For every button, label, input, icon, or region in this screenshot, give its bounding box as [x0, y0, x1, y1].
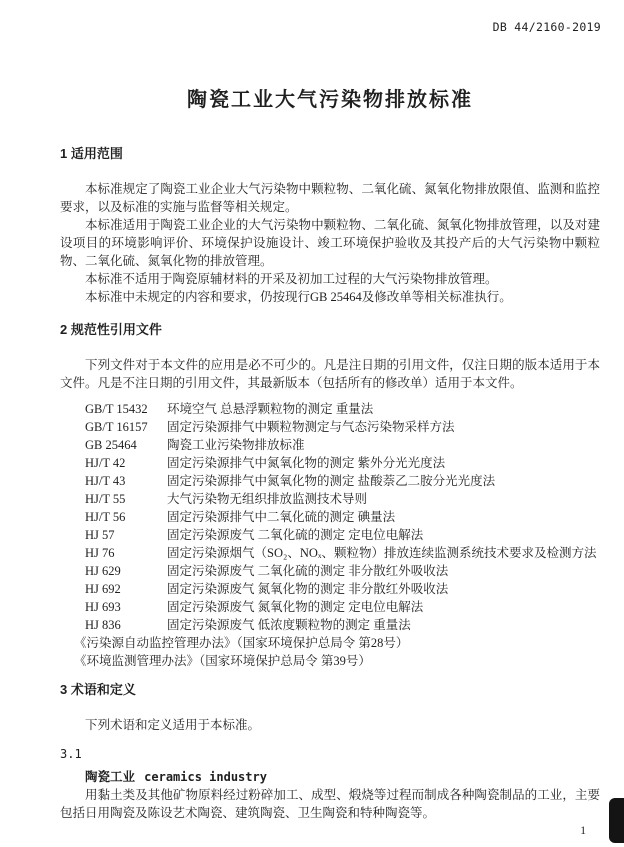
reference-row: GB/T 16157 固定污染源排气中颗粒物测定与气态污染物采样方法 [60, 418, 600, 436]
reference-row: HJ 76 固定污染源烟气（SO₂、NOₓ、颗粒物）排放连续监测系统技术要求及检… [60, 544, 600, 562]
document-page: DB 44/2160-2019 陶瓷工业大气污染物排放标准 1 适用范围 本标准… [0, 0, 624, 847]
reference-code: HJ 693 [85, 598, 167, 616]
reference-title: 固定污染源排气中氮氧化物的测定 盐酸萘乙二胺分光光度法 [167, 472, 600, 490]
term-english: ceramics industry [144, 770, 267, 784]
reference-row: HJ 57 固定污染源废气 二氧化硫的测定 定电位电解法 [60, 526, 600, 544]
reference-code: HJ/T 42 [85, 454, 167, 472]
reference-title: 大气污染物无组织排放监测技术导则 [167, 490, 600, 508]
reference-title: 固定污染源烟气（SO₂、NOₓ、颗粒物）排放连续监测系统技术要求及检测方法 [167, 544, 600, 562]
section-3-intro: 下列术语和定义适用于本标准。 [60, 716, 600, 734]
reference-row: GB 25464 陶瓷工业污染物排放标准 [60, 436, 600, 454]
reference-title: 环境空气 总悬浮颗粒物的测定 重量法 [167, 400, 600, 418]
paragraph: 本标准适用于陶瓷工业企业的大气污染物中颗粒物、二氧化硫、氮氧化物排放管理，以及对… [60, 216, 600, 270]
reference-row: HJ/T 43 固定污染源排气中氮氧化物的测定 盐酸萘乙二胺分光光度法 [60, 472, 600, 490]
page-number: 1 [580, 824, 586, 838]
reference-code: GB/T 15432 [85, 400, 167, 418]
reference-code: HJ 57 [85, 526, 167, 544]
standard-code: DB 44/2160-2019 [493, 20, 601, 34]
reference-code: GB 25464 [85, 436, 167, 454]
page-content: 陶瓷工业大气污染物排放标准 1 适用范围 本标准规定了陶瓷工业企业大气污染物中颗… [0, 0, 624, 822]
term-chinese: 陶瓷工业 [85, 770, 135, 784]
paragraph: 本标准中未规定的内容和要求，仍按现行GB 25464及修改单等相关标准执行。 [60, 288, 600, 306]
document-title: 陶瓷工业大气污染物排放标准 [60, 0, 600, 112]
reference-row: HJ 629 固定污染源废气 二氧化硫的测定 非分散红外吸收法 [60, 562, 600, 580]
section-1-body: 本标准规定了陶瓷工业企业大气污染物中颗粒物、二氧化硫、氮氧化物排放限值、监测和监… [60, 180, 600, 306]
section-2-intro: 下列文件对于本文件的应用是必不可少的。凡是注日期的引用文件，仅注日期的版本适用于… [60, 356, 600, 392]
section-2-heading: 2 规范性引用文件 [60, 322, 600, 338]
reference-title: 固定污染源排气中颗粒物测定与气态污染物采样方法 [167, 418, 600, 436]
reference-row: HJ 692 固定污染源废气 氮氧化物的测定 非分散红外吸收法 [60, 580, 600, 598]
paragraph: 下列术语和定义适用于本标准。 [60, 716, 600, 734]
reference-row: HJ/T 42 固定污染源排气中氮氧化物的测定 紫外分光光度法 [60, 454, 600, 472]
reference-code: HJ/T 56 [85, 508, 167, 526]
paragraph: 下列文件对于本文件的应用是必不可少的。凡是注日期的引用文件，仅注日期的版本适用于… [60, 356, 600, 392]
reference-code: GB/T 16157 [85, 418, 167, 436]
references-list: GB/T 15432 环境空气 总悬浮颗粒物的测定 重量法 GB/T 16157… [60, 400, 600, 670]
reference-title: 固定污染源排气中二氧化硫的测定 碘量法 [167, 508, 600, 526]
reference-code: HJ 836 [85, 616, 167, 634]
reference-title: 固定污染源废气 氮氧化物的测定 定电位电解法 [167, 598, 600, 616]
reference-title: 固定污染源排气中氮氧化物的测定 紫外分光光度法 [167, 454, 600, 472]
reference-code: HJ/T 43 [85, 472, 167, 490]
clause-number: 3.1 [60, 746, 600, 762]
term-line: 陶瓷工业 ceramics industry [60, 768, 600, 786]
reference-row: HJ 836 固定污染源废气 低浓度颗粒物的测定 重量法 [60, 616, 600, 634]
reference-title: 固定污染源废气 二氧化硫的测定 定电位电解法 [167, 526, 600, 544]
reference-title: 固定污染源废气 氮氧化物的测定 非分散红外吸收法 [167, 580, 600, 598]
reference-row: HJ 693 固定污染源废气 氮氧化物的测定 定电位电解法 [60, 598, 600, 616]
reference-code: HJ 76 [85, 544, 167, 562]
reference-code: HJ 692 [85, 580, 167, 598]
reference-code: HJ 629 [85, 562, 167, 580]
paragraph: 本标准规定了陶瓷工业企业大气污染物中颗粒物、二氧化硫、氮氧化物排放限值、监测和监… [60, 180, 600, 216]
reference-row: GB/T 15432 环境空气 总悬浮颗粒物的测定 重量法 [60, 400, 600, 418]
reference-row: HJ/T 56 固定污染源排气中二氧化硫的测定 碘量法 [60, 508, 600, 526]
paragraph: 本标准不适用于陶瓷原辅材料的开采及初加工过程的大气污染物排放管理。 [60, 270, 600, 288]
reference-title: 固定污染源废气 低浓度颗粒物的测定 重量法 [167, 616, 600, 634]
section-1-heading: 1 适用范围 [60, 146, 600, 162]
regulation-item: 《污染源自动监控管理办法》（国家环境保护总局令 第28号） [60, 634, 600, 652]
reference-title: 固定污染源废气 二氧化硫的测定 非分散红外吸收法 [167, 562, 600, 580]
reference-row: HJ/T 55 大气污染物无组织排放监测技术导则 [60, 490, 600, 508]
page-edge-marker [609, 798, 624, 843]
reference-title: 陶瓷工业污染物排放标准 [167, 436, 600, 454]
regulation-item: 《环境监测管理办法》（国家环境保护总局令 第39号） [60, 652, 600, 670]
section-3-heading: 3 术语和定义 [60, 682, 600, 698]
reference-code: HJ/T 55 [85, 490, 167, 508]
term-definition: 用黏土类及其他矿物原料经过粉碎加工、成型、煅烧等过程而制成各种陶瓷制品的工业，主… [60, 786, 600, 822]
